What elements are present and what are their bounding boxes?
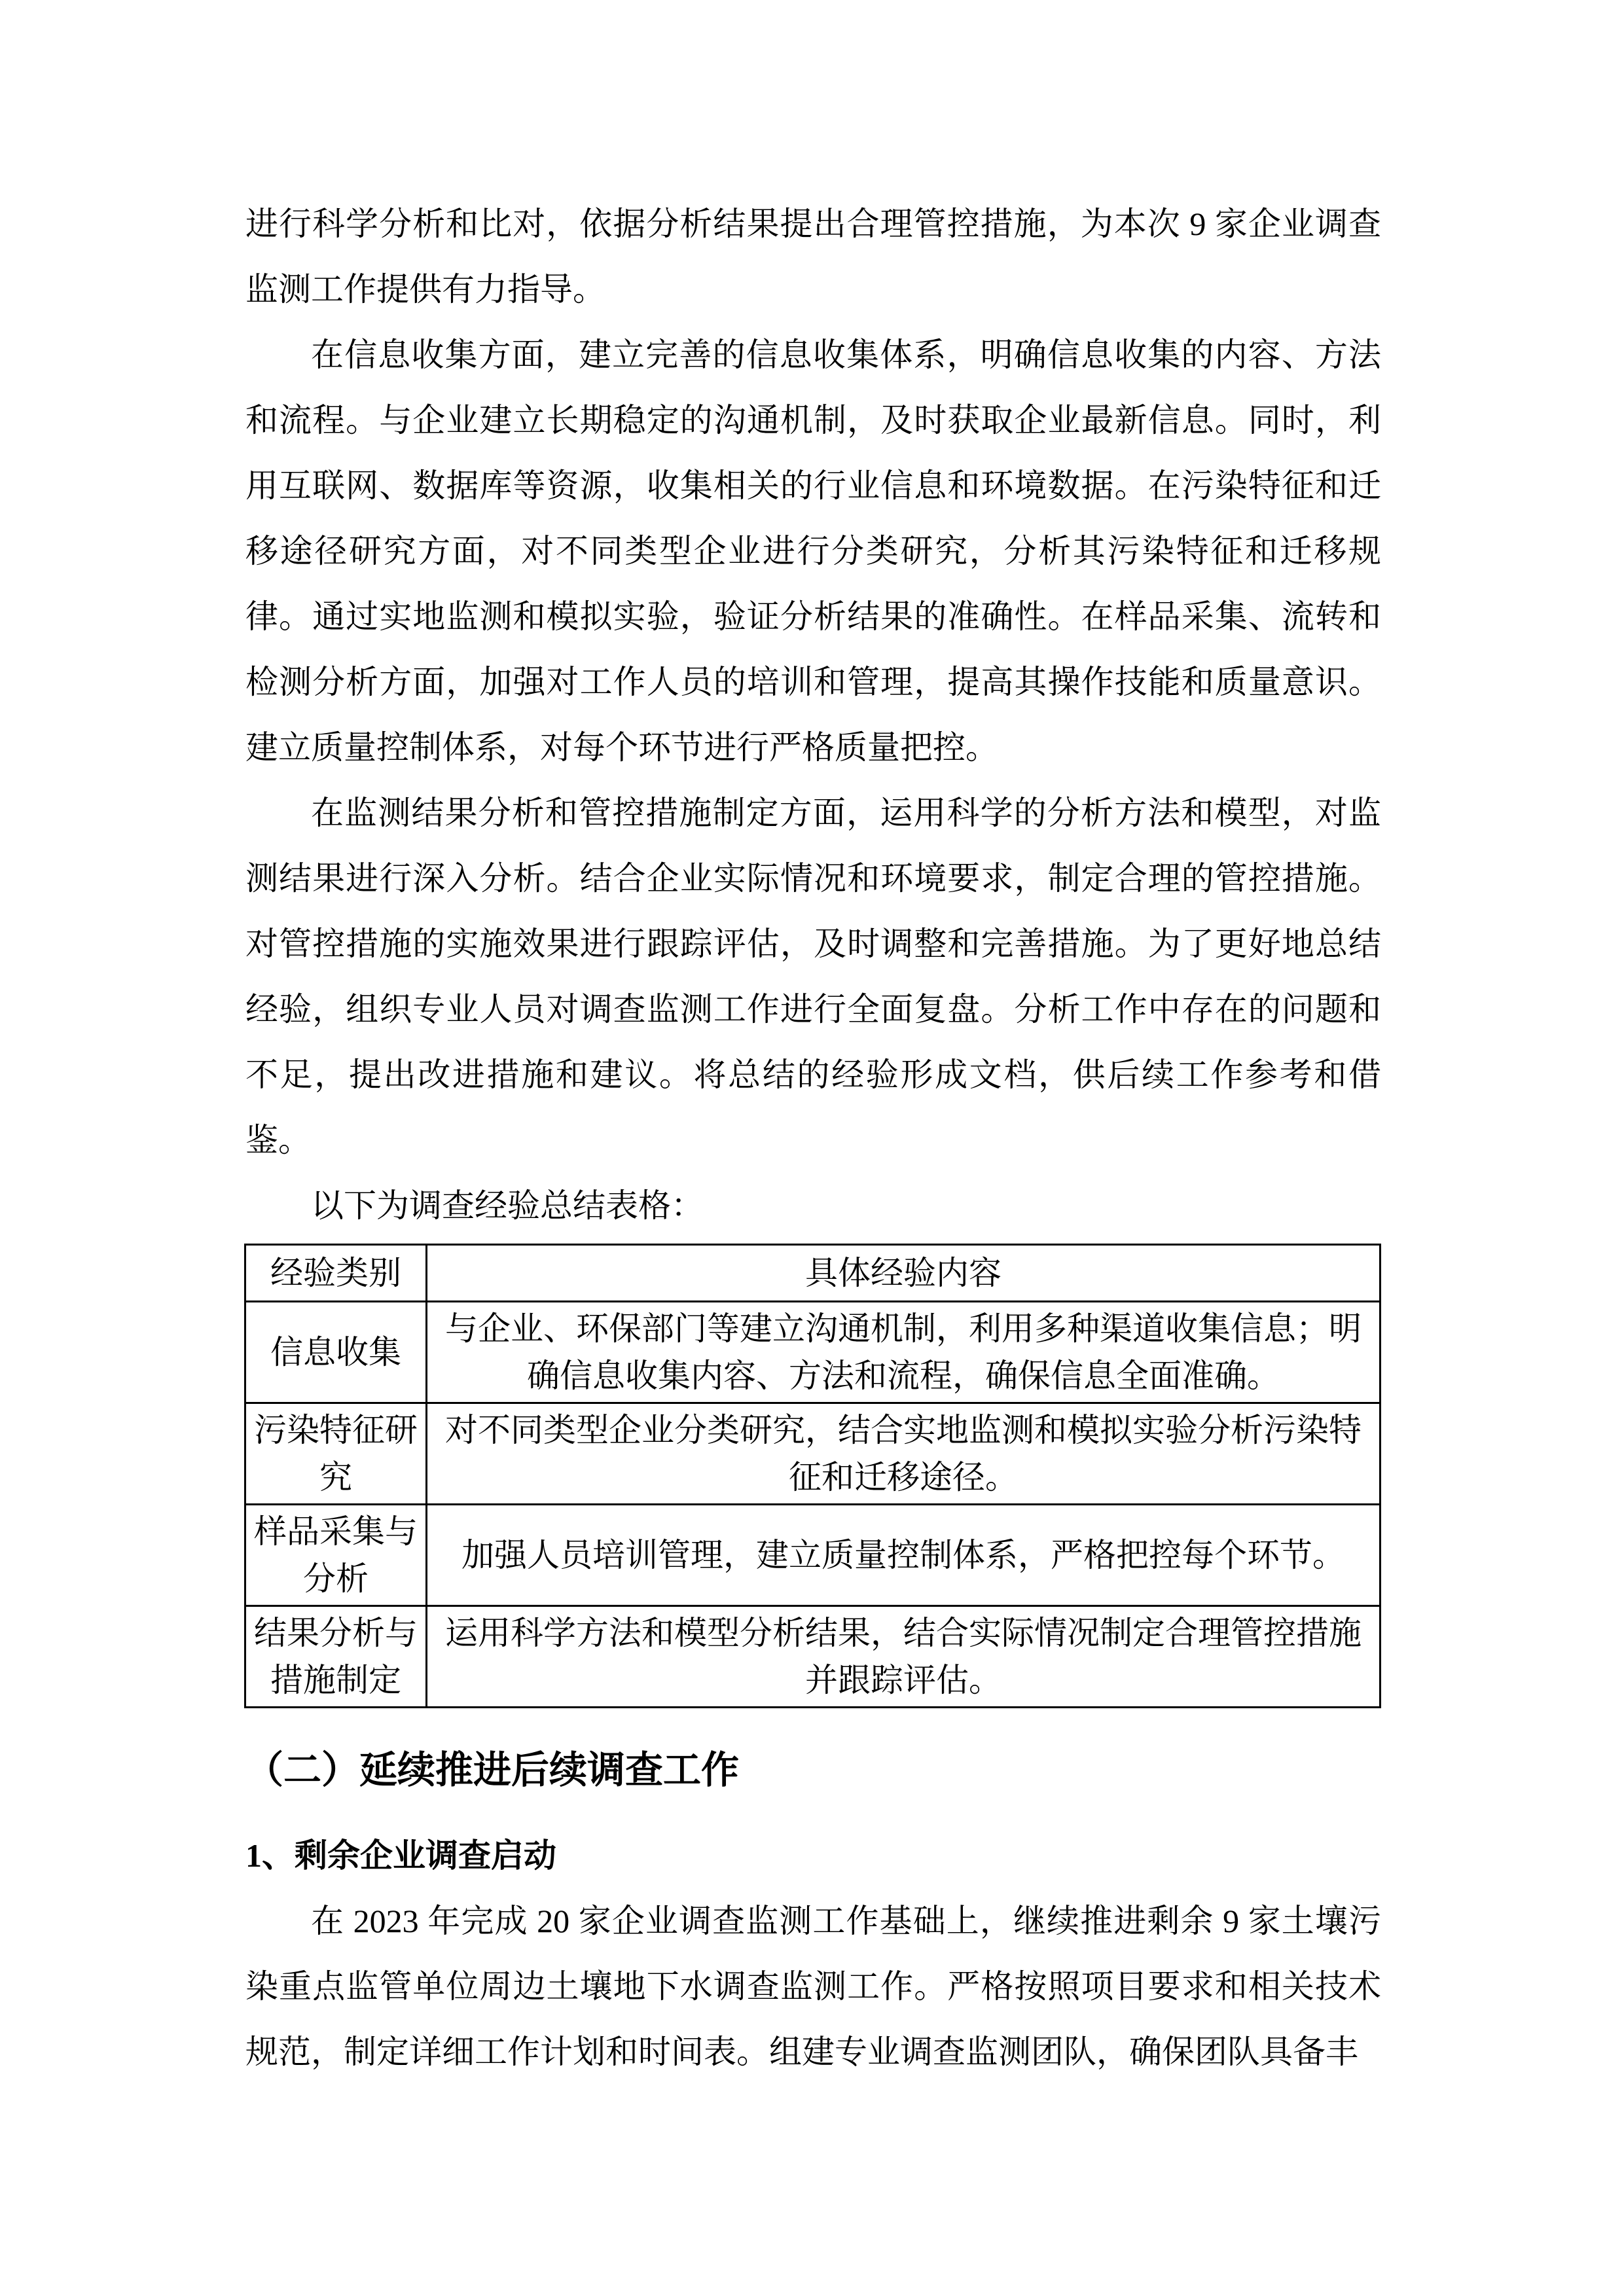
paragraph-remaining-enterprise-survey: 在 2023 年完成 20 家企业调查监测工作基础上，继续推进剩余 9 家土壤污… [245,1888,1381,2085]
experience-summary-table: 经验类别 具体经验内容 信息收集 与企业、环保部门等建立沟通机制，利用多种渠道收… [244,1244,1381,1708]
cell-content: 与企业、环保部门等建立沟通机制，利用多种渠道收集信息；明确信息收集内容、方法和流… [427,1302,1380,1403]
table-row: 污染特征研究 对不同类型企业分类研究，结合实地监测和模拟实验分析污染特征和迁移途… [245,1403,1380,1505]
header-cell-category: 经验类别 [245,1245,427,1302]
table-header-row: 经验类别 具体经验内容 [245,1245,1380,1302]
paragraph-guidance-conclusion: 进行科学分析和比对，依据分析结果提出合理管控措施，为本次 9 家企业调查监测工作… [245,191,1381,322]
table-row: 结果分析与措施制定 运用科学方法和模型分析结果，结合实际情况制定合理管控措施并跟… [245,1606,1380,1708]
section-heading: （二）延续推进后续调查工作 [245,1734,1381,1806]
cell-content: 加强人员培训管理，建立质量控制体系，严格把控每个环节。 [427,1505,1380,1606]
table-intro-line: 以下为调查经验总结表格： [245,1173,1381,1238]
cell-content: 运用科学方法和模型分析结果，结合实际情况制定合理管控措施并跟踪评估。 [427,1606,1380,1708]
table-row: 信息收集 与企业、环保部门等建立沟通机制，利用多种渠道收集信息；明确信息收集内容… [245,1302,1380,1403]
table-body: 信息收集 与企业、环保部门等建立沟通机制，利用多种渠道收集信息；明确信息收集内容… [245,1302,1380,1708]
cell-category: 信息收集 [245,1302,427,1403]
paragraph-result-analysis: 在监测结果分析和管控措施制定方面，运用科学的分析方法和模型，对监测结果进行深入分… [245,780,1381,1173]
cell-content: 对不同类型企业分类研究，结合实地监测和模拟实验分析污染特征和迁移途径。 [427,1403,1380,1505]
sub-heading: 1、剩余企业调查启动 [245,1823,1381,1888]
table-row: 经验类别 具体经验内容 [245,1245,1380,1302]
cell-category: 污染特征研究 [245,1403,427,1505]
document-page: 进行科学分析和比对，依据分析结果提出合理管控措施，为本次 9 家企业调查监测工作… [0,0,1624,2296]
header-cell-content: 具体经验内容 [427,1245,1380,1302]
paragraph-information-collection: 在信息收集方面，建立完善的信息收集体系，明确信息收集的内容、方法和流程。与企业建… [245,322,1381,780]
page-content: 进行科学分析和比对，依据分析结果提出合理管控措施，为本次 9 家企业调查监测工作… [245,191,1381,2085]
cell-category: 结果分析与措施制定 [245,1606,427,1708]
table-row: 样品采集与分析 加强人员培训管理，建立质量控制体系，严格把控每个环节。 [245,1505,1380,1606]
cell-category: 样品采集与分析 [245,1505,427,1606]
